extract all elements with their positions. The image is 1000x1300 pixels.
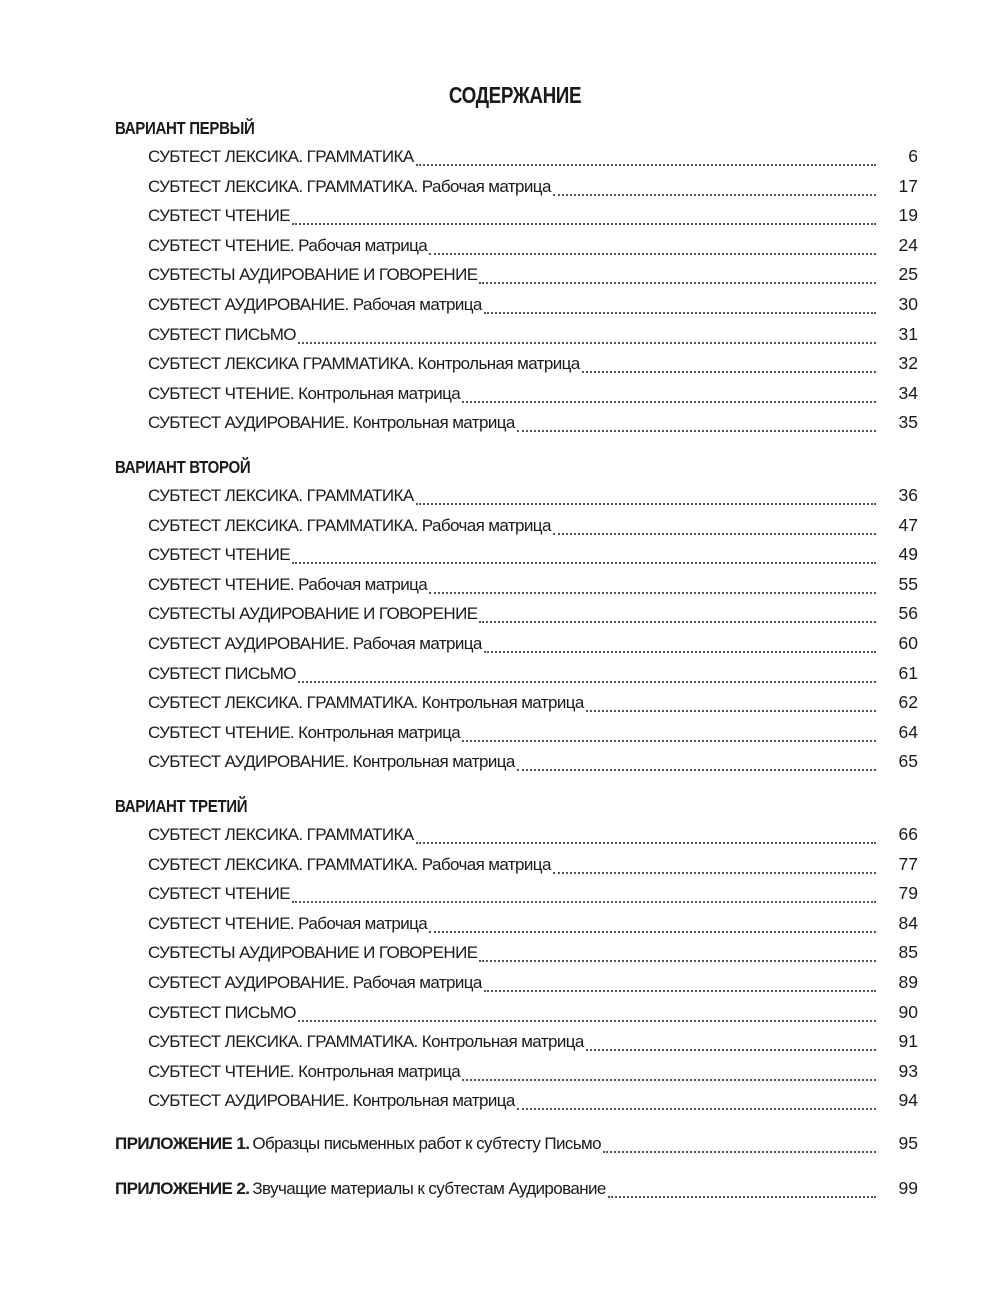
toc-entry-label: СУБТЕСТ ЛЕКСИКА ГРАММАТИКА. Контрольная … [148, 354, 580, 374]
toc-entry[interactable]: СУБТЕСТ АУДИРОВАНИЕ. Контрольная матрица… [148, 412, 918, 436]
dot-leader [517, 418, 876, 436]
toc-entry-page: 31 [884, 324, 918, 345]
toc-entry-label: СУБТЕСТ ЛЕКСИКА. ГРАММАТИКА. Рабочая мат… [148, 177, 551, 197]
toc-entry[interactable]: СУБТЕСТ АУДИРОВАНИЕ. Рабочая матрица60 [148, 633, 918, 657]
toc-entry-page: 24 [884, 235, 918, 256]
toc-entry[interactable]: СУБТЕСТ ЧТЕНИЕ. Контрольная матрица64 [148, 722, 918, 746]
dot-leader [586, 1037, 876, 1055]
toc-entry[interactable]: СУБТЕСТ ЛЕКСИКА. ГРАММАТИКА6 [148, 146, 918, 170]
toc-entry-page: 30 [884, 294, 918, 315]
section-heading: ВАРИАНТ ТРЕТИЙ [115, 796, 247, 817]
appendix-page: 95 [884, 1133, 918, 1154]
section-heading: ВАРИАНТ ПЕРВЫЙ [115, 118, 254, 139]
appendix-number: ПРИЛОЖЕНИЕ 2. [115, 1179, 249, 1199]
toc-entry-label: СУБТЕСТ АУДИРОВАНИЕ. Контрольная матрица [148, 752, 515, 772]
toc-entry-page: 19 [884, 205, 918, 226]
toc-entry-page: 90 [884, 1002, 918, 1023]
toc-entry-page: 91 [884, 1031, 918, 1052]
toc-entry-label: СУБТЕСТ ПИСЬМО [148, 1003, 296, 1023]
toc-entry-label: СУБТЕСТ АУДИРОВАНИЕ. Рабочая матрица [148, 634, 482, 654]
toc-entry-page: 64 [884, 722, 918, 743]
dot-leader [462, 1067, 876, 1085]
toc-entry-label: СУБТЕСТ ЛЕКСИКА. ГРАММАТИКА [148, 147, 414, 167]
dot-leader [292, 550, 876, 568]
toc-entry-page: 34 [884, 383, 918, 404]
dot-leader [462, 389, 876, 407]
toc-entry-label: СУБТЕСТ ЧТЕНИЕ. Рабочая матрица [148, 236, 427, 256]
toc-entry[interactable]: СУБТЕСТ ЧТЕНИЕ. Контрольная матрица93 [148, 1061, 918, 1085]
toc-entry[interactable]: СУБТЕСТ АУДИРОВАНИЕ. Рабочая матрица30 [148, 294, 918, 318]
toc-entry[interactable]: СУБТЕСТ ЧТЕНИЕ. Рабочая матрица84 [148, 913, 918, 937]
dot-leader [416, 830, 876, 848]
toc-entry-label: СУБТЕСТ ЧТЕНИЕ. Контрольная матрица [148, 1062, 460, 1082]
section-heading: ВАРИАНТ ВТОРОЙ [115, 457, 250, 478]
toc-entry[interactable]: СУБТЕСТ ЧТЕНИЕ. Контрольная матрица34 [148, 383, 918, 407]
dot-leader [416, 152, 876, 170]
toc-entry-label: СУБТЕСТ АУДИРОВАНИЕ. Контрольная матрица [148, 413, 515, 433]
dot-leader [292, 211, 876, 229]
toc-entry-label: СУБТЕСТ АУДИРОВАНИЕ. Контрольная матрица [148, 1091, 515, 1111]
toc-entry-page: 77 [884, 854, 918, 875]
toc-entry-page: 47 [884, 515, 918, 536]
page-title: СОДЕРЖАНИЕ [93, 82, 938, 109]
toc-entry-page: 62 [884, 692, 918, 713]
dot-leader [553, 521, 876, 539]
toc-entry-label: СУБТЕСТ ЛЕКСИКА. ГРАММАТИКА [148, 486, 414, 506]
toc-entry-label: СУБТЕСТЫ АУДИРОВАНИЕ И ГОВОРЕНИЕ [148, 604, 477, 624]
appendix-label: Звучащие материалы к субтестам Аудирован… [252, 1179, 605, 1199]
dot-leader [484, 300, 876, 318]
dot-leader [553, 182, 876, 200]
appendix-page: 99 [884, 1178, 918, 1199]
toc-entry-page: 79 [884, 883, 918, 904]
toc-entry-page: 56 [884, 603, 918, 624]
toc-entry[interactable]: СУБТЕСТ ЧТЕНИЕ. Рабочая матрица24 [148, 235, 918, 259]
toc-entry[interactable]: СУБТЕСТ ЧТЕНИЕ79 [148, 883, 918, 907]
toc-entry-page: 55 [884, 574, 918, 595]
toc-entry[interactable]: СУБТЕСТ ПИСЬМО90 [148, 1002, 918, 1026]
toc-entry[interactable]: СУБТЕСТ ЛЕКСИКА. ГРАММАТИКА. Рабочая мат… [148, 854, 918, 878]
toc-entry-label: СУБТЕСТ ЛЕКСИКА. ГРАММАТИКА. Рабочая мат… [148, 855, 551, 875]
toc-entry[interactable]: СУБТЕСТ ПИСЬМО61 [148, 663, 918, 687]
appendix-entry[interactable]: ПРИЛОЖЕНИЕ 1.Образцы письменных работ к … [115, 1133, 918, 1157]
toc-entry[interactable]: СУБТЕСТ ЧТЕНИЕ49 [148, 544, 918, 568]
toc-entry-page: 35 [884, 412, 918, 433]
dot-leader [429, 919, 876, 937]
toc-entry-label: СУБТЕСТЫ АУДИРОВАНИЕ И ГОВОРЕНИЕ [148, 265, 477, 285]
toc-entry[interactable]: СУБТЕСТ ПИСЬМО31 [148, 324, 918, 348]
toc-entry-label: СУБТЕСТ ПИСЬМО [148, 325, 296, 345]
toc-entry-label: СУБТЕСТ ЧТЕНИЕ. Контрольная матрица [148, 384, 460, 404]
toc-entry[interactable]: СУБТЕСТЫ АУДИРОВАНИЕ И ГОВОРЕНИЕ25 [148, 264, 918, 288]
toc-entry-page: 94 [884, 1090, 918, 1111]
dot-leader [298, 669, 876, 687]
toc-entry-page: 17 [884, 176, 918, 197]
dot-leader [429, 241, 876, 259]
toc-entry-label: СУБТЕСТ ЛЕКСИКА. ГРАММАТИКА. Рабочая мат… [148, 516, 551, 536]
toc-entry[interactable]: СУБТЕСТ АУДИРОВАНИЕ. Контрольная матрица… [148, 1090, 918, 1114]
dot-leader [298, 1008, 876, 1026]
toc-entry-page: 36 [884, 485, 918, 506]
toc-entry-label: СУБТЕСТ ПИСЬМО [148, 664, 296, 684]
dot-leader [479, 948, 876, 966]
toc-entry-page: 32 [884, 353, 918, 374]
toc-entry-label: СУБТЕСТ ЛЕКСИКА. ГРАММАТИКА [148, 825, 414, 845]
toc-entry-page: 65 [884, 751, 918, 772]
appendix-number: ПРИЛОЖЕНИЕ 1. [115, 1134, 249, 1154]
toc-entry-label: СУБТЕСТЫ АУДИРОВАНИЕ И ГОВОРЕНИЕ [148, 943, 477, 963]
appendix-entry[interactable]: ПРИЛОЖЕНИЕ 2.Звучащие материалы к субтес… [115, 1178, 918, 1202]
dot-leader [292, 889, 876, 907]
toc-entry[interactable]: СУБТЕСТ ЛЕКСИКА. ГРАММАТИКА66 [148, 824, 918, 848]
toc-entry[interactable]: СУБТЕСТ ЛЕКСИКА. ГРАММАТИКА36 [148, 485, 918, 509]
appendix-label: Образцы письменных работ к субтесту Пись… [252, 1134, 601, 1154]
toc-entry[interactable]: СУБТЕСТ ЛЕКСИКА. ГРАММАТИКА. Рабочая мат… [148, 176, 918, 200]
dot-leader [298, 330, 876, 348]
toc-entry-page: 84 [884, 913, 918, 934]
toc-entry-label: СУБТЕСТ ЧТЕНИЕ [148, 884, 290, 904]
dot-leader [517, 1096, 876, 1114]
toc-entry-label: СУБТЕСТ ЧТЕНИЕ [148, 545, 290, 565]
toc-entry-page: 49 [884, 544, 918, 565]
toc-entry-label: СУБТЕСТ ЧТЕНИЕ. Рабочая матрица [148, 914, 427, 934]
toc-entry-label: СУБТЕСТ ЛЕКСИКА. ГРАММАТИКА. Контрольная… [148, 1032, 584, 1052]
toc-entry-label: СУБТЕСТ ЧТЕНИЕ. Рабочая матрица [148, 575, 427, 595]
dot-leader [603, 1139, 876, 1157]
toc-entry[interactable]: СУБТЕСТЫ АУДИРОВАНИЕ И ГОВОРЕНИЕ56 [148, 603, 918, 627]
dot-leader [582, 359, 876, 377]
dot-leader [517, 757, 876, 775]
toc-entry[interactable]: СУБТЕСТ АУДИРОВАНИЕ. Контрольная матрица… [148, 751, 918, 775]
dot-leader [484, 639, 876, 657]
toc-entry[interactable]: СУБТЕСТ ЧТЕНИЕ. Рабочая матрица55 [148, 574, 918, 598]
toc-entry-page: 66 [884, 824, 918, 845]
dot-leader [479, 270, 876, 288]
dot-leader [416, 491, 876, 509]
toc-entry-page: 93 [884, 1061, 918, 1082]
toc-entry-page: 60 [884, 633, 918, 654]
toc-entry-label: СУБТЕСТ АУДИРОВАНИЕ. Рабочая матрица [148, 973, 482, 993]
toc-entry-label: СУБТЕСТ ЧТЕНИЕ [148, 206, 290, 226]
toc-entry-page: 61 [884, 663, 918, 684]
dot-leader [479, 609, 876, 627]
dot-leader [462, 728, 876, 746]
dot-leader [608, 1184, 876, 1202]
toc-entry-label: СУБТЕСТ ЧТЕНИЕ. Контрольная матрица [148, 723, 460, 743]
toc-entry[interactable]: СУБТЕСТ ЧТЕНИЕ19 [148, 205, 918, 229]
dot-leader [553, 860, 876, 878]
toc-entry[interactable]: СУБТЕСТ ЛЕКСИКА. ГРАММАТИКА. Контрольная… [148, 692, 918, 716]
toc-entry-label: СУБТЕСТ ЛЕКСИКА. ГРАММАТИКА. Контрольная… [148, 693, 584, 713]
dot-leader [484, 978, 876, 996]
toc-entry-label: СУБТЕСТ АУДИРОВАНИЕ. Рабочая матрица [148, 295, 482, 315]
toc-entry-page: 85 [884, 942, 918, 963]
dot-leader [429, 580, 876, 598]
toc-entry-page: 89 [884, 972, 918, 993]
dot-leader [586, 698, 876, 716]
toc-entry[interactable]: СУБТЕСТ ЛЕКСИКА. ГРАММАТИКА. Рабочая мат… [148, 515, 918, 539]
toc-entry[interactable]: СУБТЕСТ АУДИРОВАНИЕ. Рабочая матрица89 [148, 972, 918, 996]
toc-page: СОДЕРЖАНИЕ ВАРИАНТ ПЕРВЫЙСУБТЕСТ ЛЕКСИКА… [0, 0, 1000, 1300]
toc-entry[interactable]: СУБТЕСТЫ АУДИРОВАНИЕ И ГОВОРЕНИЕ85 [148, 942, 918, 966]
toc-entry[interactable]: СУБТЕСТ ЛЕКСИКА. ГРАММАТИКА. Контрольная… [148, 1031, 918, 1055]
toc-entry-page: 25 [884, 264, 918, 285]
toc-entry-page: 6 [884, 146, 918, 167]
toc-entry[interactable]: СУБТЕСТ ЛЕКСИКА ГРАММАТИКА. Контрольная … [148, 353, 918, 377]
